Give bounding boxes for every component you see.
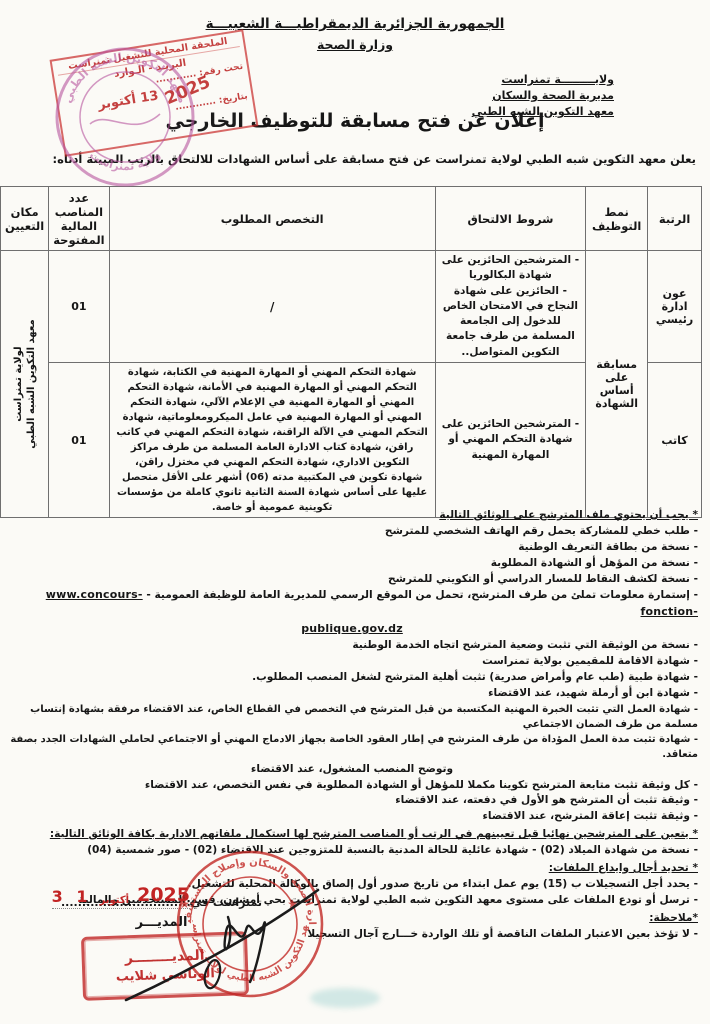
place-line-1: معهد التكوين الشبه الطبي: [25, 319, 38, 448]
header-positions: عدد المناصب المالية المفتوحة: [49, 187, 109, 251]
director-stamp-title: المديــــــــر: [84, 946, 244, 968]
svg-text:معهد التكوين الشبه الطبي: معهد التكوين الشبه الطبي: [60, 50, 190, 105]
header-rank: الرتبة: [648, 187, 702, 251]
director-title: المديـــر: [61, 915, 262, 930]
intake-stamp-year: 2025: [162, 72, 213, 109]
intro-paragraph: يعلن معهد التكوين شبه الطبي لولاية تمنرا…: [8, 152, 696, 166]
list-item: - شهادة تثبت مدة العمل المؤداة من طرف ال…: [6, 732, 698, 762]
mode-cell: مسابقة على أساس الشهادة: [586, 251, 648, 518]
header-mode: نمط التوظيف: [586, 187, 648, 251]
list-item: - طلب خطي للمشاركة يحمل رقم الهاتف الشخص…: [6, 524, 698, 540]
final-docs-heading: * يتعين على المترشحين نهائيا قبل تعيينهم…: [6, 827, 698, 843]
purple-stamp-ring-top: معهد التكوين الشبه الطبي: [60, 50, 190, 105]
list-item: - شهادة العمل التي تثبت الخبرة المهنية ا…: [6, 702, 698, 732]
place-vertical-text: معهد التكوين الشبه الطبي لولاية تمنراست: [12, 319, 38, 448]
list-item-with-url: - إستمارة معلومات تملئ من طرف المترشح، ت…: [6, 587, 698, 621]
ink-smudge: [310, 988, 380, 1008]
place-line-2: لولاية تمنراست: [12, 319, 25, 448]
positions-cell: 01: [49, 251, 109, 363]
table-header-row: الرتبة نمط التوظيف شروط الالتحاق التخصص …: [1, 187, 702, 251]
header-place: مكان التعيين: [1, 187, 49, 251]
list-item: - نسخة من الوثيقة التي تثبت وضعية المترش…: [6, 638, 698, 654]
signature-block: تمنراست في:.............................…: [61, 896, 262, 930]
place-cell: معهد التكوين الشبه الطبي لولاية تمنراست: [1, 251, 49, 518]
list-item-continuation: وتوضح المنصب المشغول، عند الاقتضاء: [6, 762, 698, 778]
list-item: - نسخة من المؤهل أو الشهادة المطلوبة: [6, 556, 698, 572]
director-stamp-name: الوناسي شلايب: [85, 965, 245, 986]
direction-line: مديرية الصحة والسكان: [472, 88, 614, 104]
place-and-date-line: تمنراست في:.............................…: [61, 896, 262, 909]
conditions-cell: - المترشحين الحائزين على شهادة التحكم ال…: [435, 363, 586, 518]
recruitment-table: الرتبة نمط التوظيف شروط الالتحاق التخصص …: [0, 186, 702, 518]
url-item-separator: -: [146, 589, 150, 601]
intake-stamp-line2: البريـد - الـوارد: [58, 49, 241, 89]
header-conditions: شروط الالتحاق: [435, 187, 586, 251]
wilaya-line: ولايـــــــــة تمنراست: [472, 72, 614, 88]
ministry-title: وزارة الصحة: [0, 37, 710, 52]
list-item: - شهادة ابن أو أرملة شهيد، عند الاقتضاء: [6, 686, 698, 702]
document-page: الجمهورية الجزائرية الديمقراطيـــة الشعب…: [0, 0, 710, 1024]
intake-stamp-date: 13 أكتوبر: [97, 88, 160, 112]
docs-heading: * يجب أن يحتوي ملف المترشح على الوثائق ا…: [6, 508, 698, 524]
list-item: - كل وثيقة تثبت متابعة المترشح تكوينا مك…: [6, 778, 698, 794]
positions-cell: 01: [49, 363, 109, 518]
republic-title: الجمهورية الجزائرية الديمقراطيـــة الشعب…: [0, 16, 710, 32]
list-item: - نسخة من بطاقة التعريف الوطنية: [6, 540, 698, 556]
fonction-publique-url-part2: publique.gov.dz: [301, 622, 403, 635]
specialty-cell: /: [109, 251, 435, 363]
header-specialty: التخصص المطلوب: [109, 187, 435, 251]
document-header: الجمهورية الجزائرية الديمقراطيـــة الشعب…: [0, 16, 710, 52]
requirements-sections: * يجب أن يحتوي ملف المترشح على الوثائق ا…: [6, 506, 698, 942]
url-item-text: - إستمارة معلومات تملئ من طرف المترشح، ت…: [154, 589, 698, 601]
table-row: عون ادارة رئيسي مسابقة على أساس الشهادة …: [1, 251, 702, 363]
list-item: - شهادة الاقامة للمقيمين بولاية تمنراست: [6, 654, 698, 670]
list-item: - نسخة لكشف النقاط للمسار الدراسي أو الت…: [6, 572, 698, 588]
intake-stamp-line3: تحت رقم: ............: [60, 62, 243, 101]
rank-cell: عون ادارة رئيسي: [648, 251, 702, 363]
list-item: - يحدد أجل التسجيلات ب (15) يوم عمل ابتد…: [6, 877, 698, 893]
page-title: إعلان عن فتح مسابقة للتوظيف الخارجي: [0, 110, 710, 132]
specialty-cell: شهادة التحكم المهني أو المهارة المهنية ف…: [109, 363, 435, 518]
list-item: - نسخة من شهادة الميلاد (02) - شهادة عائ…: [6, 843, 698, 859]
deadlines-heading: * تحديد أجال وايداع الملفات:: [6, 861, 698, 877]
list-item: - وثيقة تثبت إعاقة المترشح، عند الاقتضاء: [6, 809, 698, 825]
conditions-cell: - المترشحين الحائزين على شهادة البكالوري…: [435, 251, 586, 363]
list-item: - وثيقة تثبت أن المترشح هو الأول في دفعت…: [6, 793, 698, 809]
list-item: - شهادة طبية (طب عام وأمراض صدرية) تثبت …: [6, 670, 698, 686]
rank-cell: كاتب: [648, 363, 702, 518]
